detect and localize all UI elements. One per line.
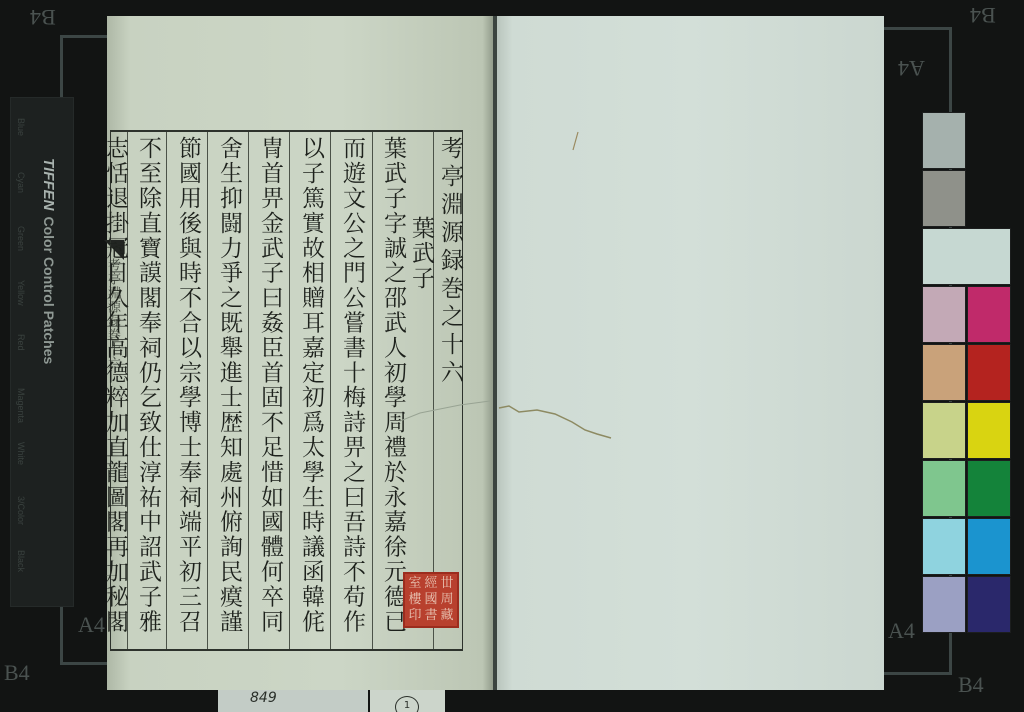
color-name: Magenta [16, 388, 26, 442]
color-patch [967, 344, 1011, 401]
book-title: 考亭淵源録巻之十六 [438, 136, 461, 388]
seal-char: 印 [407, 608, 423, 624]
color-name: 3/Color [16, 496, 26, 550]
text-column: 志恬退掛冠日久年高德粹加直龍圖閣再加秘閣 [89, 132, 127, 649]
color-name: White [16, 442, 26, 496]
column-text: 舍生抑闘力爭之既舉進士歴知處州俯詢民瘼謹 [217, 136, 240, 634]
color-patch-chart [922, 112, 1012, 633]
color-name: Yellow [16, 280, 26, 334]
text-column: 而遊文公之門公嘗書十梅詩畀之曰吾詩不苟作 [330, 132, 372, 649]
color-patch [922, 228, 1011, 285]
color-patch [922, 518, 966, 575]
column-text: 冑首畀金武子曰姦臣首固不足惜如國體何卒同 [258, 136, 281, 634]
color-patch [922, 286, 966, 343]
paper-crack-left [400, 395, 495, 425]
column-text: 節國用後與時不合以宗學博士奉祠端平初三召 [176, 136, 199, 634]
seal-char: 周 [439, 592, 455, 608]
color-patch [922, 576, 966, 633]
text-column: 以子篤實故相贈耳嘉定初爲太學生時議函韓侂 [289, 132, 330, 649]
text-column: 節國用後與時不合以宗學博士奉祠端平初三召 [166, 132, 207, 649]
color-name: Cyan [16, 172, 26, 226]
color-name: Red [16, 334, 26, 388]
color-patch [922, 344, 966, 401]
tiffen-color-names: BlueCyanGreenYellowRedMagentaWhite3/Colo… [16, 118, 26, 604]
color-patch [922, 170, 966, 227]
color-patch [967, 460, 1011, 517]
size-marker-b4-top-left: B4 [30, 4, 56, 30]
tiffen-brand: TIFFEN [40, 158, 57, 211]
volume-number: 1 [395, 696, 419, 712]
paper-mark [570, 130, 582, 154]
text-column: 不至除直寶謨閣奉祠仍乞致仕淳祐中詔武子雅 [127, 132, 166, 649]
color-patch [967, 402, 1011, 459]
column-text: 不至除直寶謨閣奉祠仍乞致仕淳祐中詔武子雅 [136, 136, 159, 634]
right-page-blank [497, 16, 884, 690]
color-patch [967, 286, 1011, 343]
column-text: 志恬退掛冠日久年高德粹加直龍圖閣再加秘閣 [103, 136, 126, 634]
color-patch [922, 460, 966, 517]
column-text: 葉武子字誠之邵武人初學周禮於永嘉徐元德已 [381, 136, 404, 634]
seal-char: 樓 [407, 592, 423, 608]
color-name: Green [16, 226, 26, 280]
color-patch [967, 576, 1011, 633]
seal-char: 書 [423, 608, 439, 624]
column-text: 以子篤實故相贈耳嘉定初爲太學生時議函韓侂 [299, 136, 322, 634]
color-name: Black [16, 550, 26, 604]
entry-heading: 葉武子 [409, 216, 432, 291]
size-marker-b4-bottom-right: B4 [958, 672, 984, 698]
color-name: Blue [16, 118, 26, 172]
tiffen-color-strip: BlueCyanGreenYellowRedMagentaWhite3/Colo… [10, 97, 74, 607]
column-text: 而遊文公之門公嘗書十梅詩畀之曰吾詩不苟作 [340, 136, 363, 634]
seal-char: 經 [423, 576, 439, 592]
call-number: 849 [250, 690, 277, 706]
seal-char: 丗 [439, 576, 455, 592]
call-number-slip [218, 690, 368, 712]
seal-char: 藏 [439, 608, 455, 624]
text-column: 舍生抑闘力爭之既舉進士歴知處州俯詢民瘼謹 [207, 132, 248, 649]
size-marker-b4-top-right: B4 [970, 2, 996, 28]
paper-crack [497, 400, 627, 450]
color-patch [922, 112, 966, 169]
tiffen-title: Color Control Patches [41, 217, 57, 365]
tiffen-label: TIFFENColor Control Patches [39, 158, 57, 364]
collector-seal: 室 經 丗 樓 國 周 印 書 藏 [403, 572, 459, 628]
color-patch [922, 402, 966, 459]
seal-char: 國 [423, 592, 439, 608]
seal-char: 室 [407, 576, 423, 592]
color-patch [967, 518, 1011, 575]
size-marker-b4-bottom-left: B4 [4, 660, 30, 686]
text-column: 冑首畀金武子曰姦臣首固不足惜如國體何卒同 [248, 132, 289, 649]
